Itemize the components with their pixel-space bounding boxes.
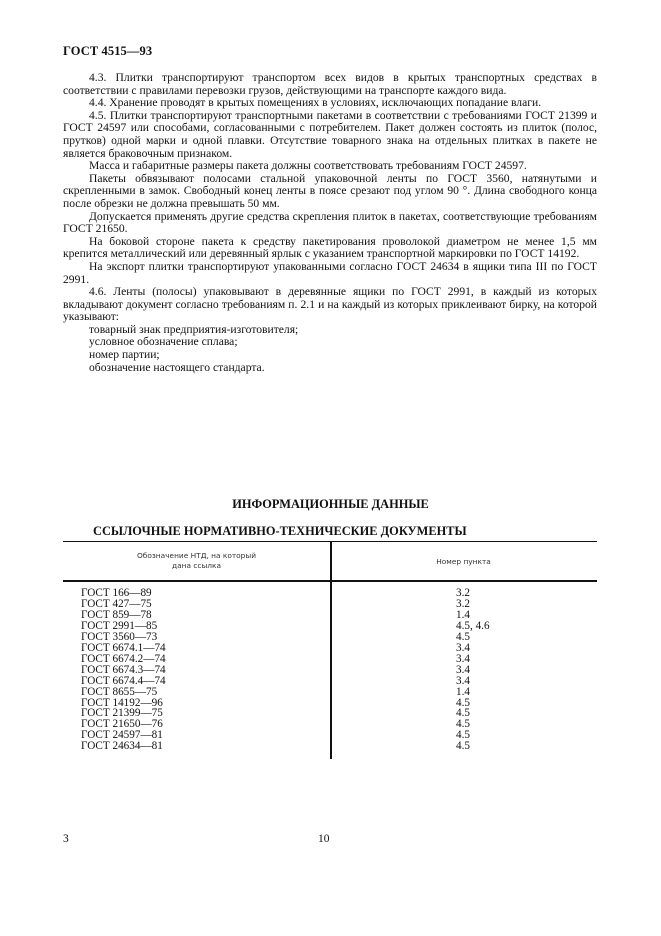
paragraph-export: На экспорт плитки транспортируют упакова… — [63, 261, 597, 286]
table-cell-item: 4.5, 4.6 — [456, 621, 597, 632]
list-item: номер партии; — [63, 349, 597, 362]
header-document-line2: дана ссылка — [137, 561, 256, 571]
info-section-title: ИНФОРМАЦИОННЫЕ ДАННЫЕ — [0, 497, 661, 512]
footer-page-marker: 3 — [63, 833, 69, 845]
paragraph-mass: Масса и габаритные размеры пакета должны… — [63, 160, 597, 173]
body-text: 4.3. Плитки транспортируют транспортом в… — [63, 72, 597, 374]
table-cell-item: 4.5 — [456, 741, 597, 752]
table-cell-item: 3.4 — [456, 654, 597, 665]
table-column-divider — [330, 542, 332, 759]
table-cell-item: 3.4 — [456, 665, 597, 676]
table-cell-item: 3.4 — [456, 643, 597, 654]
header-item-number: Номер пункта — [330, 542, 597, 580]
list-item: обозначение настоящего стандарта. — [63, 362, 597, 375]
document-title: ГОСТ 4515—93 — [63, 44, 152, 59]
table-cell-item: 4.5 — [456, 719, 597, 730]
table-cell-item: 4.5 — [456, 698, 597, 709]
header-document-line1: Обозначение НТД, на который — [137, 551, 256, 561]
table-cell-doc: ГОСТ 6674.3—74 — [81, 665, 330, 676]
header-document: Обозначение НТД, на который дана ссылка — [63, 542, 330, 580]
table-cell-item: 4.5 — [456, 730, 597, 741]
table-cell-item: 4.5 — [456, 708, 597, 719]
table-cell-doc: ГОСТ 8655—75 — [81, 687, 330, 698]
table-cell-doc: ГОСТ 24634—81 — [81, 741, 330, 752]
item-column: 3.2 3.2 1.4 4.5, 4.6 4.5 3.4 3.4 3.4 3.4… — [330, 588, 597, 752]
table-cell-doc: ГОСТ 6674.4—74 — [81, 676, 330, 687]
paragraph-4-6: 4.6. Ленты (полосы) упаковывают в деревя… — [63, 286, 597, 324]
table-cell-item: 3.2 — [456, 599, 597, 610]
page-number: 10 — [318, 833, 330, 845]
table-cell-item: 3.4 — [456, 676, 597, 687]
references-table: Обозначение НТД, на который дана ссылка … — [63, 541, 597, 752]
paragraph-4-3: 4.3. Плитки транспортируют транспортом в… — [63, 72, 597, 97]
paragraph-alternatives: Допускается применять другие средства ск… — [63, 211, 597, 236]
paragraph-4-5: 4.5. Плитки транспортируют транспортными… — [63, 110, 597, 160]
references-title: ССЫЛОЧНЫЕ НОРМАТИВНО-ТЕХНИЧЕСКИЕ ДОКУМЕН… — [93, 524, 467, 539]
table-cell-item: 3.2 — [456, 588, 597, 599]
table-cell-item: 1.4 — [456, 687, 597, 698]
paragraph-label: На боковой стороне пакета к средству пак… — [63, 236, 597, 261]
document-column: ГОСТ 166—89 ГОСТ 427—75 ГОСТ 859—78 ГОСТ… — [63, 588, 330, 752]
table-cell-item: 4.5 — [456, 632, 597, 643]
paragraph-strapping: Пакеты обвязывают полосами стальной упак… — [63, 173, 597, 211]
paragraph-4-4: 4.4. Хранение проводят в крытых помещени… — [63, 97, 597, 110]
